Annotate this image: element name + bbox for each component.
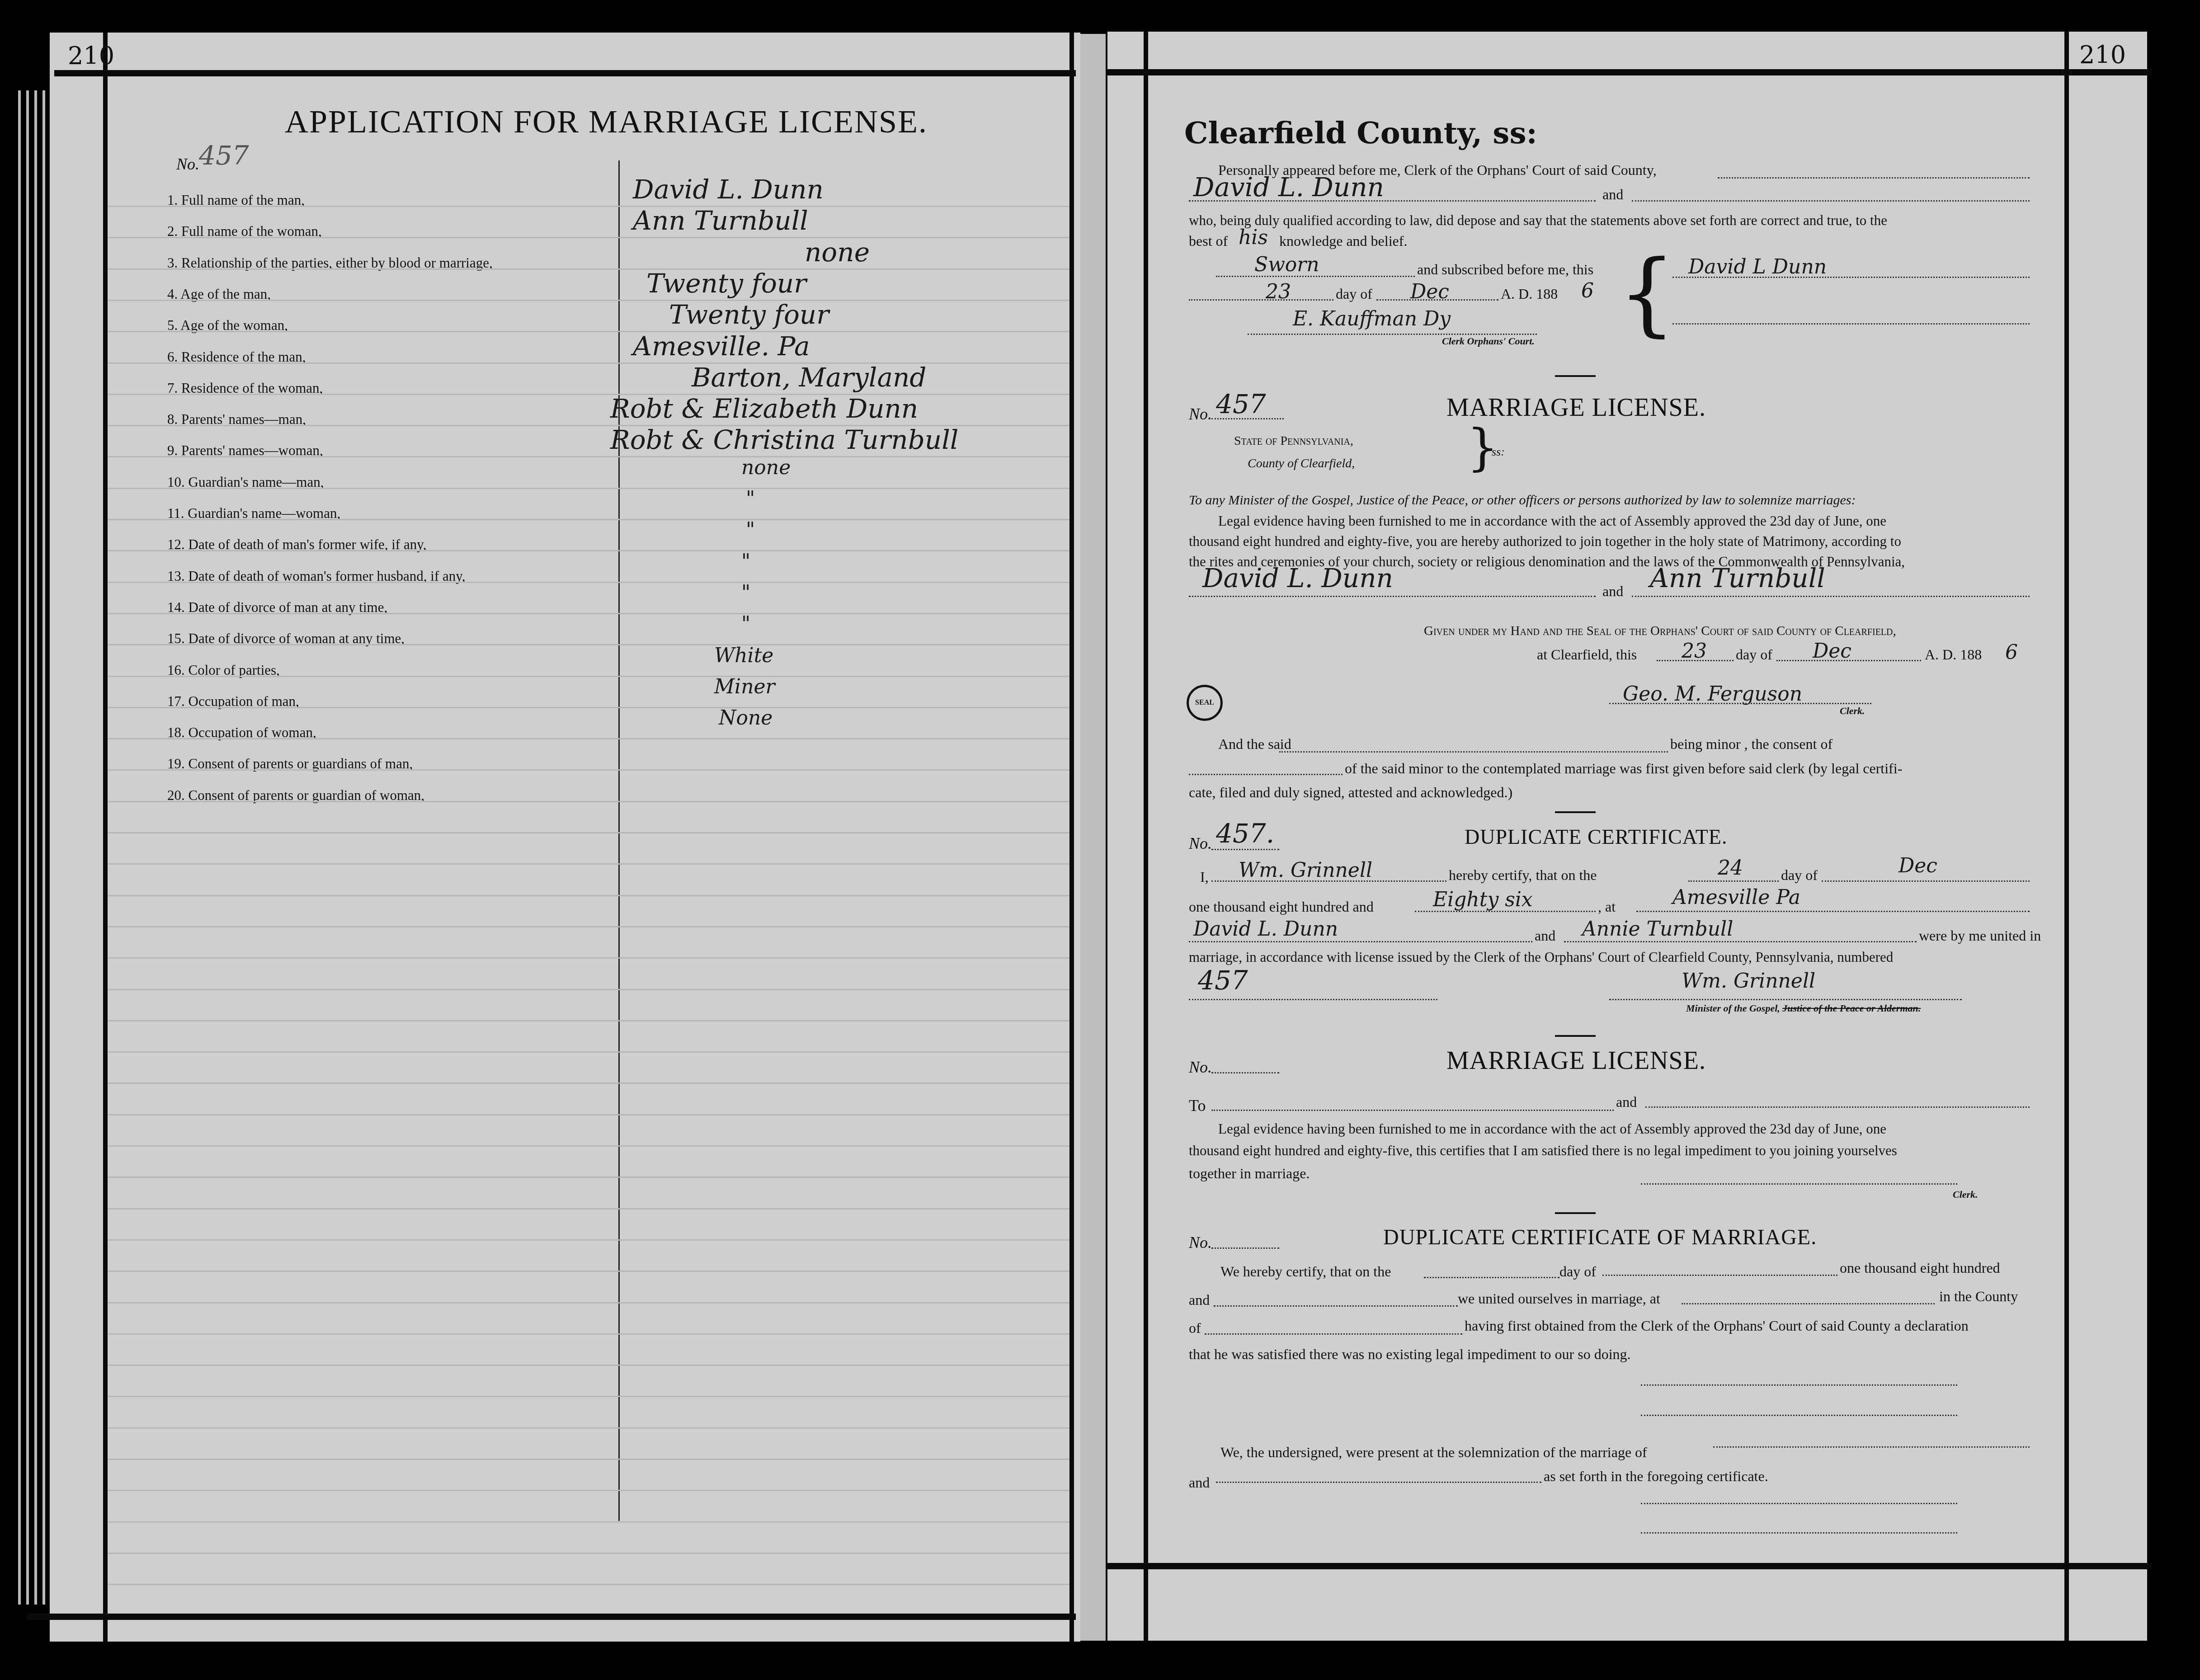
page-number-left: 210 — [68, 42, 114, 70]
ledger-line — [108, 1302, 1069, 1304]
duplicate-at: , at — [1598, 899, 1616, 915]
officiant-line — [1211, 880, 1446, 882]
application-field-value: " — [746, 518, 755, 541]
license-county: County of Clearfield, — [1248, 456, 1355, 471]
ledger-line — [108, 362, 1069, 364]
margin-rule-right-outer — [2064, 32, 2069, 1641]
affidavit-year-digit: 6 — [1581, 279, 1594, 302]
blank-cert-l3a: of — [1189, 1320, 1201, 1336]
ledger-line — [108, 738, 1069, 739]
blank-cert-no-label: No. — [1189, 1233, 1212, 1252]
license-ad: A. D. 188 — [1925, 646, 1982, 663]
applicant-signature-line — [1672, 277, 2030, 278]
blank-cert-month-line — [1602, 1275, 1837, 1276]
ledger-line — [108, 1459, 1069, 1460]
blank-cert-no-line — [1211, 1247, 1279, 1249]
appearer-name: David L. Dunn — [1193, 172, 1384, 202]
blank-license-no-label: No. — [1189, 1058, 1212, 1077]
blank-cert-l1b: day of — [1559, 1263, 1596, 1280]
marriage-place: Amesville Pa — [1672, 886, 1800, 909]
blank-license-to: To — [1189, 1096, 1206, 1115]
section-divider — [1555, 811, 1596, 813]
duplicate-no-line — [1211, 849, 1279, 850]
section-divider — [1555, 375, 1596, 377]
blank-license-and-line — [1645, 1106, 2030, 1108]
ledger-line — [108, 1365, 1069, 1366]
clerk-signature-line — [1248, 334, 1537, 335]
application-field-value: White — [714, 644, 773, 667]
application-field-value: none — [741, 456, 791, 479]
ledger-line — [108, 1271, 1069, 1272]
ledger-line — [108, 456, 1069, 457]
license-bride-line — [1632, 596, 2030, 597]
page-number-right: 210 — [2079, 41, 2126, 69]
clerk-caption: Clerk Orphans' Court. — [1442, 335, 1535, 347]
blank-license-para1: Legal evidence having been furnished to … — [1218, 1121, 1886, 1137]
duplicate-license-no: 457 — [1198, 965, 1248, 996]
license-no-value: 457 — [1216, 389, 1266, 419]
gutter-rule-left — [1069, 33, 1074, 1642]
license-no-label: No. — [1189, 405, 1212, 424]
duplicate-bride-line — [1564, 941, 1917, 942]
blank-cert-l2a: and — [1189, 1292, 1210, 1308]
blank-license-clerk-line — [1641, 1183, 1957, 1185]
license-day-of: day of — [1736, 646, 1772, 663]
ledger-line — [108, 707, 1069, 708]
county-heading: Clearfield County, ss: — [1184, 115, 1537, 151]
license-clerk-line — [1609, 703, 1871, 704]
margin-rule-right-inner — [1144, 32, 1148, 1641]
blank-cert-place-line — [1682, 1303, 1935, 1304]
application-field-value: " — [741, 581, 750, 604]
ledger-line — [108, 206, 1069, 207]
ledger-line — [108, 957, 1069, 959]
application-field-value: none — [805, 237, 870, 268]
minister-line — [1609, 999, 1962, 1000]
duplicate-i: I, — [1200, 869, 1209, 885]
ledger-line — [108, 769, 1069, 771]
ledger-line — [108, 1239, 1069, 1241]
minor-name-line — [1279, 751, 1668, 753]
ledger-line — [108, 832, 1069, 833]
blank-cert-l2c: in the County — [1939, 1288, 2018, 1305]
year-words-line — [1415, 911, 1596, 912]
ledger-line — [108, 1176, 1069, 1178]
blank-license-para3: together in marriage. — [1189, 1165, 1310, 1182]
appearer2-line — [1632, 200, 2030, 202]
duplicate-thousand: one thousand eight hundred and — [1189, 899, 1374, 915]
application-field-value: Miner — [714, 675, 775, 698]
minor-line2: being minor , the consent of — [1670, 736, 1833, 753]
duplicate-united: were by me united in — [1919, 927, 2041, 944]
officiant-name: Wm. Grinnell — [1239, 859, 1372, 882]
duplicate-no-value: 457. — [1216, 818, 1274, 849]
ledger-line — [108, 644, 1069, 645]
ledger-line — [108, 863, 1069, 865]
affidavit-blank — [1718, 177, 2030, 179]
affidavit-best-of: best of — [1189, 233, 1228, 249]
ledger-line — [108, 1427, 1069, 1429]
witness-and-line — [1216, 1482, 1541, 1483]
license-groom: David L. Dunn — [1202, 563, 1393, 593]
affidavit-pronoun: his — [1239, 226, 1268, 249]
ledger-line — [108, 989, 1069, 990]
license-no-line — [1189, 999, 1437, 1000]
minor-line3: of the said minor to the contemplated ma… — [1345, 760, 1902, 777]
ledger-line — [108, 1082, 1069, 1084]
minister-signature: Wm. Grinnell — [1682, 969, 1815, 993]
minister-caption-kept: Minister of the Gospel, — [1686, 1002, 1780, 1014]
duplicate-no-label: No. — [1189, 834, 1212, 853]
ledger-line — [108, 926, 1069, 927]
blank-cert-county-line — [1205, 1333, 1462, 1335]
witness-line2b: as set forth in the foregoing certificat… — [1544, 1468, 1768, 1485]
ledger-line — [108, 801, 1069, 802]
license-at: at Clearfield, this — [1537, 646, 1637, 663]
license-bride: Ann Turnbull — [1650, 563, 1825, 593]
minor-line4: cate, filed and duly signed, attested an… — [1189, 784, 1512, 801]
ledger-line — [108, 425, 1069, 426]
blank-cert-l4: that he was satisfied there was no exist… — [1189, 1346, 1631, 1363]
duplicate-month-line — [1822, 880, 2030, 882]
ledger-line — [108, 519, 1069, 520]
blank-cert-title: DUPLICATE CERTIFICATE OF MARRIAGE. — [1383, 1225, 1817, 1250]
affidavit-day-of: day of — [1336, 286, 1372, 302]
blank-cert-l2b: we united ourselves in marriage, at — [1458, 1290, 1660, 1307]
place-line — [1636, 911, 2030, 912]
affidavit-line2: who, being duly qualified according to l… — [1189, 212, 1887, 229]
ledger-line — [108, 1553, 1069, 1554]
license-no-line — [1211, 418, 1284, 419]
witness-sig-line-2 — [1641, 1532, 1957, 1534]
section-divider — [1555, 1035, 1596, 1037]
application-field-value: Amesville. Pa — [633, 331, 810, 362]
minor-consent-line — [1189, 774, 1343, 775]
duplicate-and: and — [1535, 927, 1555, 944]
minor-line1: And the said — [1218, 736, 1291, 753]
bottom-rule-left — [27, 1614, 1076, 1620]
year-words: Eighty six — [1433, 888, 1533, 911]
application-field-value: Twenty four — [646, 268, 806, 299]
section-divider — [1555, 1212, 1596, 1214]
page-stack-edge — [34, 90, 37, 1605]
bottom-rule-right — [1107, 1563, 2152, 1569]
license-para1: Legal evidence having been furnished to … — [1218, 513, 1886, 529]
blank-cert-l3b: having first obtained from the Clerk of … — [1465, 1318, 1969, 1334]
witness-sig-line-1 — [1641, 1503, 1957, 1504]
blank-cert-day-line — [1424, 1277, 1559, 1278]
affidavit-day-line — [1189, 299, 1333, 301]
license-day: 23 — [1682, 640, 1707, 663]
ledger-line — [108, 582, 1069, 583]
license-para2: thousand eight hundred and eighty-five, … — [1189, 533, 1901, 550]
license-groom-line — [1189, 596, 1596, 597]
ledger-line — [108, 1396, 1069, 1397]
seal-icon: SEAL — [1187, 685, 1223, 721]
ledger-line — [108, 1051, 1069, 1053]
application-no-label: No. — [176, 155, 199, 174]
minister-caption: Minister of the Gospel, Justice of the P… — [1686, 1002, 1921, 1014]
page-stack-edge — [42, 90, 45, 1605]
clerk-signature: E. Kauffman Dy — [1293, 307, 1451, 330]
ledger-line — [108, 1490, 1069, 1491]
blank-license-and: and — [1616, 1094, 1637, 1111]
ledger-line — [108, 676, 1069, 677]
ledger-line — [108, 331, 1069, 332]
blank-license-no-line — [1211, 1072, 1279, 1073]
license-month-line — [1776, 660, 1921, 661]
ledger-line — [108, 613, 1069, 614]
affidavit-knowledge: knowledge and belief. — [1279, 233, 1407, 249]
duplicate-day-line — [1688, 880, 1779, 882]
application-field-value: Ann Turnbull — [633, 205, 808, 236]
applicant-signature-line-2 — [1672, 323, 2030, 325]
witness-name-line — [1713, 1446, 2030, 1448]
duplicate-marriage-line: marriage, in accordance with license iss… — [1189, 949, 1893, 965]
blank-cert-l1c: one thousand eight hundred — [1840, 1260, 2000, 1276]
application-field-value: " — [741, 550, 750, 573]
license-clerk-signature: Geo. M. Ferguson — [1623, 682, 1802, 706]
ledger-line — [108, 300, 1069, 301]
license-title: MARRIAGE LICENSE. — [1446, 393, 1706, 422]
affidavit-brace: { — [1618, 249, 1676, 339]
application-field-value: Barton, Maryland — [692, 362, 926, 393]
blank-cert-sig-line-2 — [1641, 1415, 1957, 1416]
duplicate-certify: hereby certify, that on the — [1449, 867, 1597, 884]
ledger-line — [108, 394, 1069, 395]
margin-rule-left — [103, 33, 108, 1642]
ledger-line — [108, 1333, 1069, 1335]
duplicate-title: DUPLICATE CERTIFICATE. — [1465, 825, 1727, 849]
ledger-line — [108, 1208, 1069, 1209]
sworn-line — [1216, 276, 1415, 277]
blank-license-title: MARRIAGE LICENSE. — [1446, 1046, 1706, 1075]
ledger-line — [108, 550, 1069, 551]
blank-cert-year-line — [1214, 1305, 1458, 1307]
application-field-value: David L. Dunn — [633, 174, 824, 205]
ledger-line — [108, 1020, 1069, 1021]
license-clerk-caption: Clerk. — [1840, 705, 1865, 717]
duplicate-month: Dec — [1899, 854, 1937, 877]
top-rule-left — [54, 70, 1076, 76]
ledger-line — [108, 268, 1069, 270]
ledger-line — [108, 1521, 1069, 1523]
witness-line2a: and — [1189, 1474, 1210, 1491]
blank-cert-l1a: We hereby certify, that on the — [1220, 1263, 1391, 1280]
application-field-value: " — [741, 612, 750, 635]
column-divider — [618, 160, 620, 1521]
duplicate-bride: Annie Turnbull — [1582, 918, 1733, 941]
application-field-value: Robt & Christina Turnbull — [610, 424, 958, 455]
ledger-line — [108, 1584, 1069, 1585]
ledger-line — [108, 237, 1069, 238]
sworn-value: Sworn — [1254, 253, 1319, 276]
page-stack-edge — [18, 90, 21, 1605]
blank-license-clerk-caption: Clerk. — [1953, 1189, 1978, 1200]
license-address: To any Minister of the Gospel, Justice o… — [1189, 493, 1856, 508]
duplicate-groom-line — [1189, 941, 1532, 942]
blank-cert-sig-line-1 — [1641, 1384, 1957, 1386]
duplicate-day: 24 — [1718, 856, 1743, 880]
ledger-line — [108, 895, 1069, 896]
application-no-value: 457 — [199, 140, 249, 171]
gutter-strip — [1080, 34, 1107, 1641]
top-rule-right — [1107, 69, 2152, 75]
license-ss: ss: — [1492, 445, 1505, 459]
affidavit-month-line — [1376, 299, 1498, 301]
blank-license-to-line — [1211, 1110, 1614, 1111]
ledger-line — [108, 1114, 1069, 1115]
left-page — [50, 33, 1080, 1642]
witness-line1: We, the undersigned, were present at the… — [1220, 1444, 1647, 1461]
application-field-value: None — [719, 706, 773, 729]
affidavit-and: and — [1602, 186, 1623, 203]
license-given: Given under my Hand and the Seal of the … — [1424, 624, 1896, 639]
ledger-line — [108, 488, 1069, 489]
duplicate-day-of: day of — [1781, 867, 1818, 884]
affidavit-ad: A. D. 188 — [1501, 286, 1558, 302]
application-title: APPLICATION FOR MARRIAGE LICENSE. — [285, 103, 928, 141]
page-stack-edge — [26, 90, 29, 1605]
application-field-value: Robt & Elizabeth Dunn — [610, 393, 918, 424]
license-day-line — [1657, 660, 1734, 661]
affidavit-subscribed: and subscribed before me, this — [1417, 261, 1593, 278]
ledger-line — [108, 1145, 1069, 1147]
duplicate-groom: David L. Dunn — [1193, 918, 1338, 941]
application-field-value: Twenty four — [669, 299, 829, 330]
license-year-digit: 6 — [2005, 641, 2018, 664]
blank-license-para2: thousand eight hundred and eighty-five, … — [1189, 1143, 1897, 1159]
license-and: and — [1602, 583, 1623, 600]
license-state: State of Pennsylvania, — [1234, 434, 1353, 448]
application-field-value: " — [746, 487, 755, 510]
applicant-signature: David L Dunn — [1688, 255, 1827, 278]
license-month: Dec — [1813, 640, 1851, 663]
minister-caption-struck: Justice of the Peace or Alderman. — [1782, 1002, 1921, 1014]
